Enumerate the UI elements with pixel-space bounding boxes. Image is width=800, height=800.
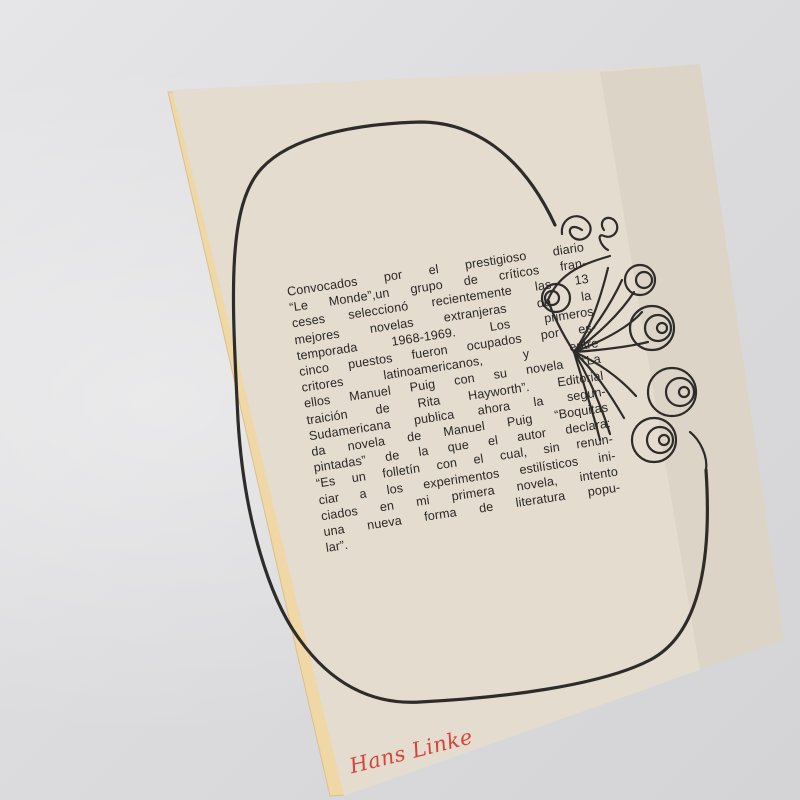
photo-scene: Convocados por el prestigioso diario “Le… <box>0 0 800 800</box>
back-cover-blurb: Convocados por el prestigioso diario “Le… <box>286 239 624 556</box>
